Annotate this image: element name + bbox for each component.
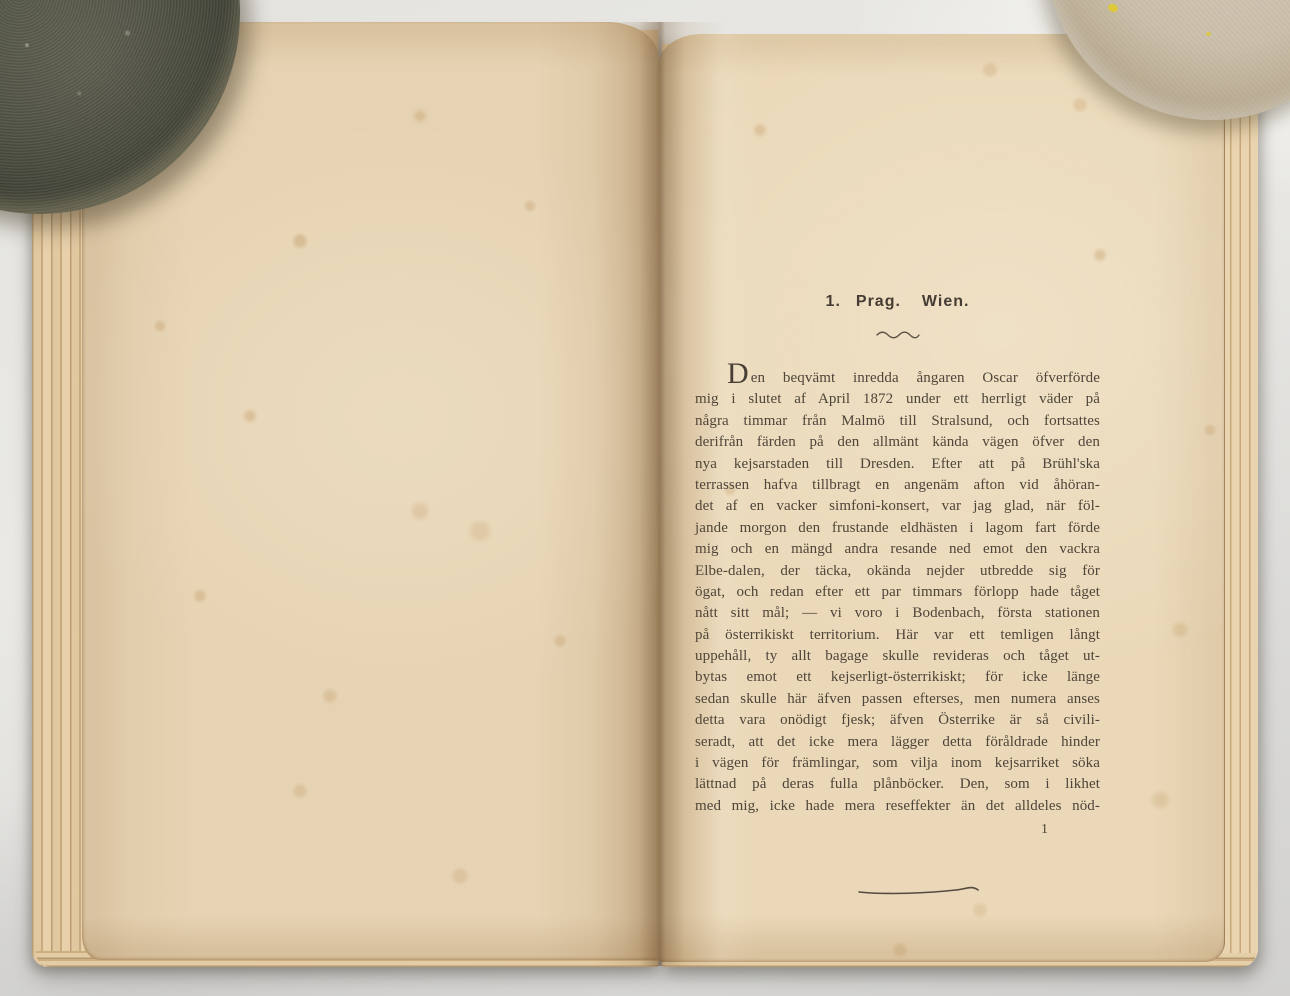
text-line: lättnad på deras fulla plånböcker. Den, …	[695, 774, 1100, 795]
chapter-title-wien: Wien.	[922, 293, 970, 311]
body-paragraph: Den beqvämt inredda ångaren Oscar öfverf…	[695, 368, 1100, 840]
wavy-divider-icon	[875, 329, 921, 339]
text-line: ögat, och redan efter ett par timmars fö…	[695, 582, 1100, 603]
text-line: det af en vacker simfoni-konsert, var ja…	[695, 496, 1100, 517]
text-line: med mig, icke hade mera reseffekter än d…	[695, 796, 1100, 817]
chapter-heading: 1. Prag. Wien.	[695, 293, 1100, 315]
text-line: på österrikiskt territorium. Här var ett…	[695, 625, 1100, 646]
text-line: i vägen för främlingar, som vilja inom k…	[695, 753, 1100, 774]
text-line: mig i slutet af April 1872 under ett her…	[695, 389, 1100, 410]
text-line: mig och en mängd andra resande ned emot …	[695, 539, 1100, 560]
chapter-number: 1.	[826, 293, 841, 311]
text-line: några timmar från Malmö till Stralsund, …	[695, 411, 1100, 432]
text-line: Elbe-dalen, der täcka, okända nejder utb…	[695, 561, 1100, 582]
text-line: detta vara onödigt fjesk; äfven Österrik…	[695, 710, 1100, 731]
drop-cap-initial: D	[727, 357, 749, 390]
text-line: Den beqvämt inredda ångaren Oscar öfverf…	[695, 368, 1100, 389]
yellow-paint-speck	[1107, 3, 1119, 14]
text-line: derifrån färden på den allmänt kända väg…	[695, 432, 1100, 453]
stray-fiber	[856, 882, 982, 898]
printed-text-block: 1. Prag. Wien. Den beqvämt inredda ångar…	[695, 293, 1100, 840]
text-line: sedan skulle här äfven passen efterses, …	[695, 689, 1100, 710]
text-line: seradt, att det icke mera lägger detta f…	[695, 732, 1100, 753]
text-line: jande morgon den frustande eldhästen i l…	[695, 518, 1100, 539]
text-line: uppehåll, ty allt bagage skulle revidera…	[695, 646, 1100, 667]
photo-book-scene: 1. Prag. Wien. Den beqvämt inredda ångar…	[0, 0, 1290, 996]
page-number: 1	[695, 820, 1100, 840]
text-line: terrassen hafva tillbragt en angenäm aft…	[695, 475, 1100, 496]
chapter-title-prag: Prag.	[856, 293, 901, 311]
squiggle-ornament	[695, 329, 1100, 339]
text-line: nått sitt mål; — vi voro i Bodenbach, fö…	[695, 603, 1100, 624]
text-line: bytas emot ett kejserligt-österrikiskt; …	[695, 667, 1100, 688]
text-line: nya kejsarstaden till Dresden. Efter att…	[695, 454, 1100, 475]
text-line-rest: en beqvämt inredda ångaren Oscar öfverfö…	[751, 370, 1100, 386]
right-page: 1. Prag. Wien. Den beqvämt inredda ångar…	[658, 34, 1225, 962]
yellow-paint-speck	[1206, 32, 1211, 36]
